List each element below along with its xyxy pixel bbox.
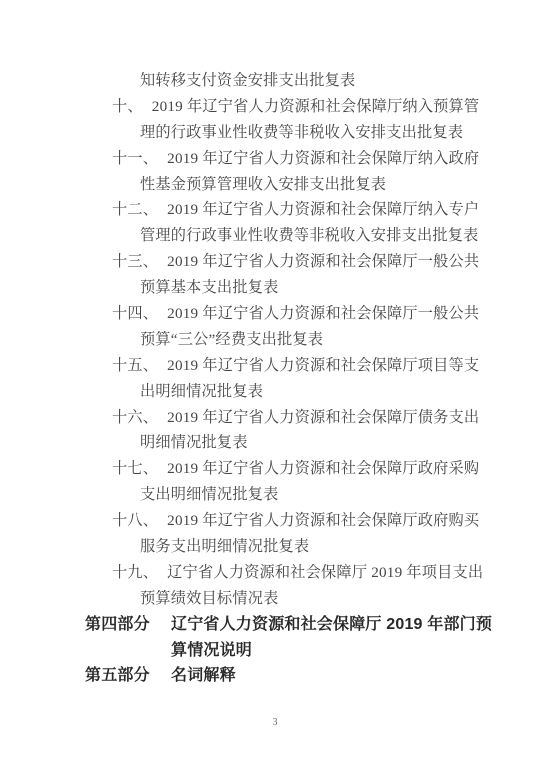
toc-item-wrapped-line: 性基金预算管理收入安排支出批复表	[0, 172, 550, 198]
toc-item-number: 十二、	[112, 197, 158, 223]
toc-section-label: 第五部分	[85, 663, 149, 689]
toc-item-list: 十、2019 年辽宁省人力资源和社会保障厅纳入预算管理的行政事业性收费等非税收入…	[0, 94, 550, 612]
toc-item-line: 十二、2019 年辽宁省人力资源和社会保障厅纳入专户	[0, 197, 550, 223]
toc-item-text: 2019 年辽宁省人力资源和社会保障厅政府采购	[167, 460, 479, 477]
toc-item-wrapped-line: 明细情况批复表	[0, 430, 550, 456]
toc-item-line: 十一、2019 年辽宁省人力资源和社会保障厅纳入政府	[0, 146, 550, 172]
page-number: 3	[0, 716, 550, 730]
toc-item-line: 十五、2019 年辽宁省人力资源和社会保障厅项目等支	[0, 353, 550, 379]
toc-section-line: 第五部分名词解释	[0, 663, 550, 689]
toc-item-wrapped-line: 出明细情况批复表	[0, 379, 550, 405]
toc-item-number: 十、	[112, 94, 143, 120]
toc-item-line: 十四、2019 年辽宁省人力资源和社会保障厅一般公共	[0, 301, 550, 327]
toc-item-text: 2019 年辽宁省人力资源和社会保障厅一般公共	[167, 253, 479, 270]
toc-item-wrapped-line: 管理的行政事业性收费等非税收入安排支出批复表	[0, 223, 550, 249]
toc-item-text: 2019 年辽宁省人力资源和社会保障厅项目等支	[167, 357, 479, 374]
toc-section-line: 第四部分辽宁省人力资源和社会保障厅 2019 年部门预	[0, 612, 550, 638]
toc-section-text: 名词解释	[171, 667, 236, 684]
toc-section-label: 第四部分	[85, 612, 149, 638]
toc-item-number: 十四、	[112, 301, 158, 327]
toc-item-wrapped-line: 预算绩效目标情况表	[0, 586, 550, 612]
toc-item-wrapped-line: 预算基本支出批复表	[0, 275, 550, 301]
toc-item-line: 十九、辽宁省人力资源和社会保障厅 2019 年项目支出	[0, 560, 550, 586]
toc-item-number: 十一、	[112, 146, 158, 172]
toc-item-number: 十五、	[112, 353, 158, 379]
toc-section-wrapped-line: 算情况说明	[0, 638, 550, 664]
toc-section-list: 第四部分辽宁省人力资源和社会保障厅 2019 年部门预算情况说明第五部分名词解释	[0, 612, 550, 690]
toc-item-line: 十八、2019 年辽宁省人力资源和社会保障厅政府购买	[0, 508, 550, 534]
toc-item-text: 2019 年辽宁省人力资源和社会保障厅纳入专户	[167, 201, 479, 218]
document-page: 知转移支付资金安排支出批复表 十、2019 年辽宁省人力资源和社会保障厅纳入预算…	[0, 0, 550, 777]
toc-content: 知转移支付资金安排支出批复表 十、2019 年辽宁省人力资源和社会保障厅纳入预算…	[0, 68, 550, 689]
toc-item-wrapped-line: 服务支出明细情况批复表	[0, 534, 550, 560]
toc-continuation-line: 知转移支付资金安排支出批复表	[0, 68, 550, 94]
toc-item-line: 十六、2019 年辽宁省人力资源和社会保障厅债务支出	[0, 405, 550, 431]
toc-item-text: 2019 年辽宁省人力资源和社会保障厅政府购买	[167, 512, 479, 529]
toc-item-number: 十七、	[112, 456, 158, 482]
toc-item-wrapped-line: 支出明细情况批复表	[0, 482, 550, 508]
toc-item-line: 十、2019 年辽宁省人力资源和社会保障厅纳入预算管	[0, 94, 550, 120]
toc-item-line: 十三、2019 年辽宁省人力资源和社会保障厅一般公共	[0, 249, 550, 275]
toc-item-number: 十八、	[112, 508, 158, 534]
toc-item-wrapped-line: 预算“三公”经费支出批复表	[0, 327, 550, 353]
toc-item-number: 十六、	[112, 405, 158, 431]
toc-item-text: 辽宁省人力资源和社会保障厅 2019 年项目支出	[167, 564, 483, 581]
toc-item-text: 2019 年辽宁省人力资源和社会保障厅一般公共	[167, 305, 479, 322]
toc-item-number: 十三、	[112, 249, 158, 275]
toc-section-text: 辽宁省人力资源和社会保障厅 2019 年部门预	[171, 616, 492, 633]
toc-item-text: 2019 年辽宁省人力资源和社会保障厅纳入政府	[167, 150, 479, 167]
toc-item-text: 2019 年辽宁省人力资源和社会保障厅债务支出	[167, 409, 479, 426]
toc-item-wrapped-line: 理的行政事业性收费等非税收入安排支出批复表	[0, 120, 550, 146]
toc-item-number: 十九、	[112, 560, 158, 586]
toc-item-line: 十七、2019 年辽宁省人力资源和社会保障厅政府采购	[0, 456, 550, 482]
toc-item-text: 2019 年辽宁省人力资源和社会保障厅纳入预算管	[152, 98, 480, 115]
